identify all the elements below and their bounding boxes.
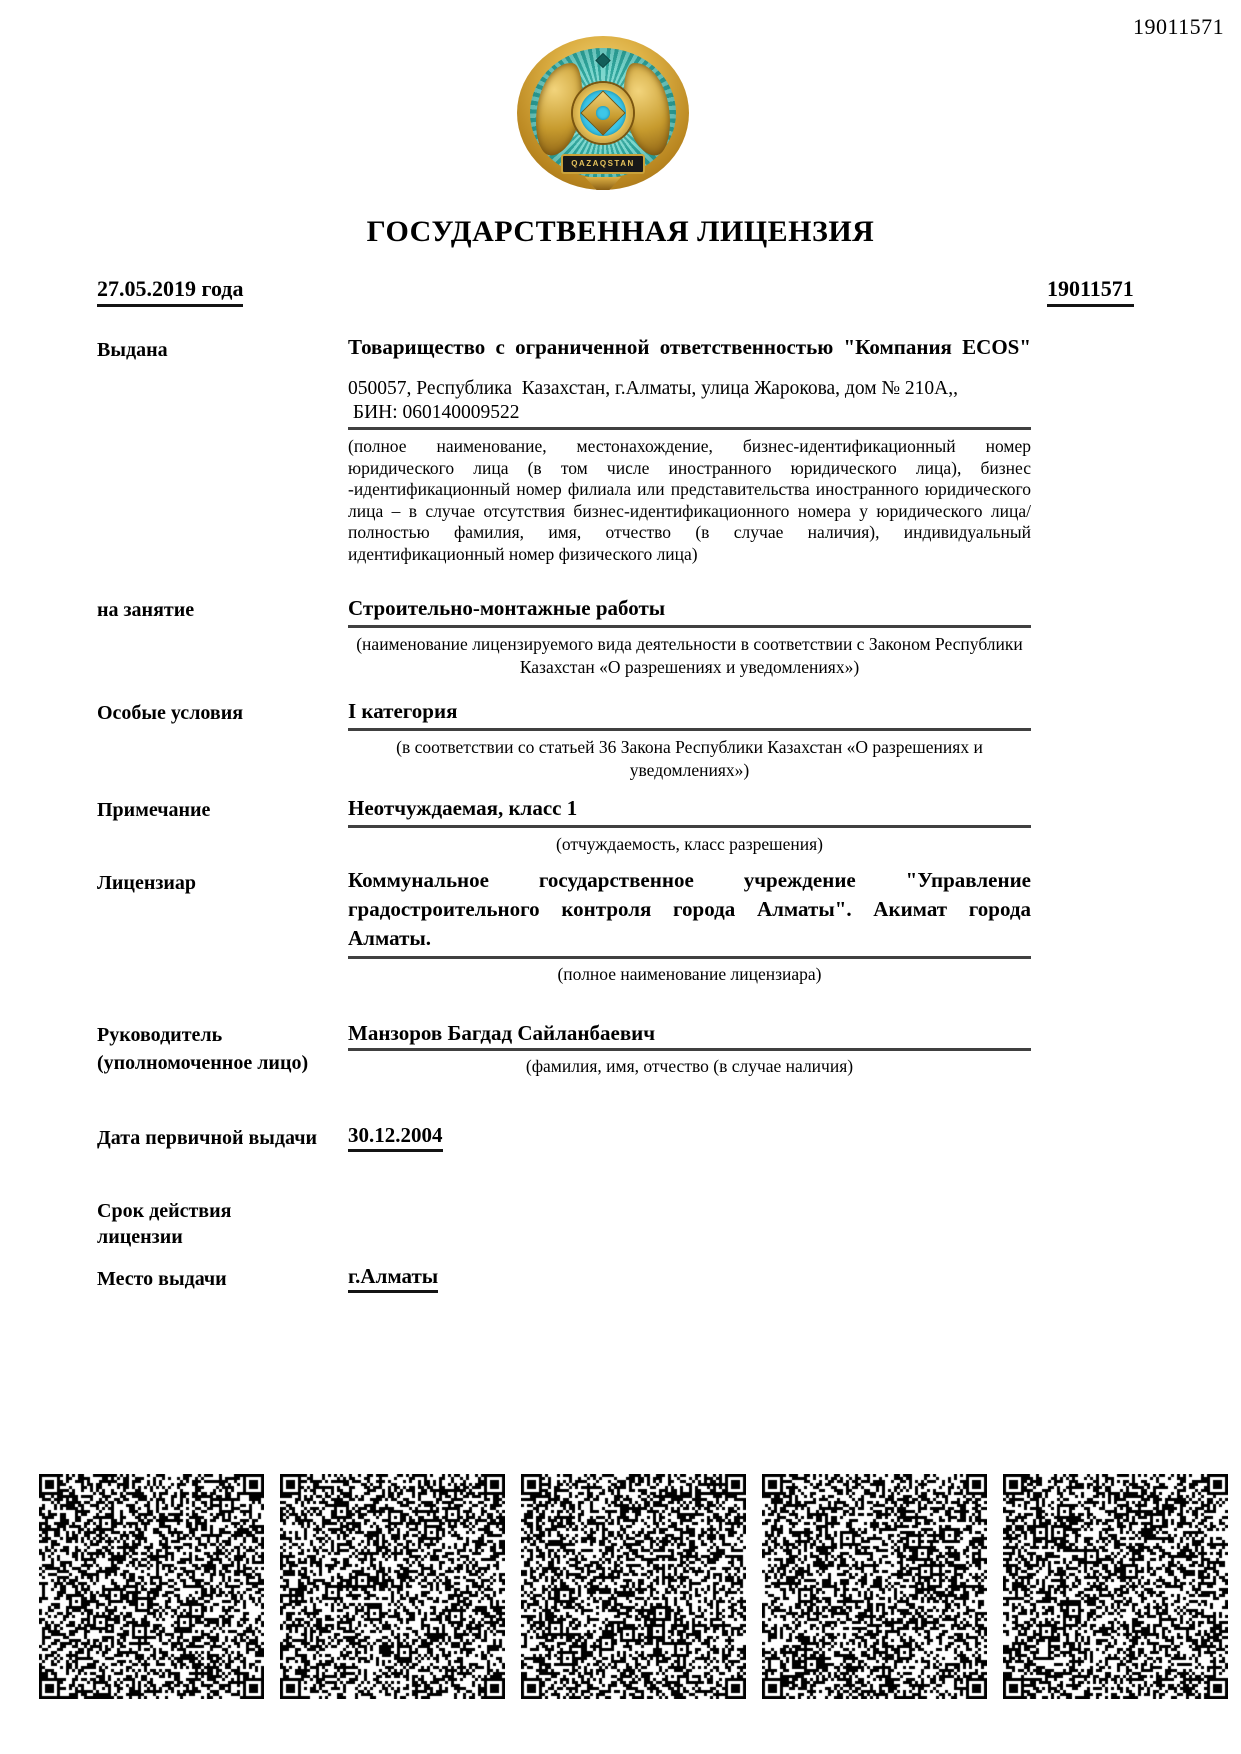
head-label-line2: (уполномоченное лицо): [97, 1050, 347, 1076]
activity-label: на занятие: [97, 597, 347, 623]
first-issue-value-wrap: 30.12.2004: [348, 1123, 1031, 1152]
rule-under-note: [348, 825, 1031, 828]
licensor-label: Лицензиар: [97, 870, 347, 896]
rule-under-licensee: [348, 427, 1031, 430]
activity-value: Строительно-монтажные работы: [348, 595, 1031, 621]
rule-under-head: [348, 1048, 1031, 1051]
note-caption: (отчуждаемость, класс разрешения): [348, 833, 1031, 856]
special-conditions-label: Особые условия: [97, 700, 347, 726]
issued-to-caption: (полное наименование, местонахождение, б…: [348, 436, 1031, 565]
first-issue-value: 30.12.2004: [348, 1123, 443, 1152]
licensee-name: Товарищество с ограниченной ответственно…: [348, 334, 1031, 360]
issue-place-value: г.Алматы: [348, 1264, 438, 1293]
emblem-banner-text: QAZAQSTAN: [571, 160, 635, 168]
rule-under-special-conditions: [348, 728, 1031, 731]
first-issue-label: Дата первичной выдачи: [97, 1125, 347, 1151]
rule-under-activity: [348, 625, 1031, 628]
special-conditions-value: I категория: [348, 698, 1031, 724]
validity-label: Срок действия лицензии: [97, 1198, 267, 1250]
emblem-shanyrak-center: [596, 106, 610, 120]
issue-place-label: Место выдачи: [97, 1266, 347, 1292]
activity-caption: (наименование лицензируемого вида деятел…: [348, 633, 1031, 679]
matrix-barcode-1: [39, 1474, 264, 1699]
head-caption: (фамилия, имя, отчество (в случае наличи…: [348, 1055, 1031, 1078]
licensee-address: 050057, Республика Казахстан, г.Алматы, …: [348, 377, 1031, 401]
special-conditions-caption: (в соответствии со статьей 36 Закона Рес…: [348, 736, 1031, 782]
issue-place-value-wrap: г.Алматы: [348, 1264, 1031, 1293]
matrix-barcode-2: [280, 1474, 505, 1699]
kazakhstan-coat-of-arms-icon: QAZAQSTAN: [517, 36, 689, 190]
note-value: Неотчуждаемая, класс 1: [348, 795, 1031, 821]
emblem-banner: QAZAQSTAN: [561, 154, 645, 174]
issued-to-label: Выдана: [97, 337, 347, 363]
license-number-top-right: 19011571: [1133, 14, 1224, 40]
state-license-document: 19011571 QAZAQSTAN ГОСУДАРСТВЕННАЯ ЛИЦЕН…: [0, 0, 1241, 1754]
issue-date: 27.05.2019 года: [97, 276, 243, 307]
head-label-line1: Руководитель: [97, 1022, 347, 1048]
document-title: ГОСУДАРСТВЕННАЯ ЛИЦЕНЗИЯ: [0, 215, 1241, 249]
issue-date-text: 27.05.2019 года: [97, 276, 243, 307]
note-label: Примечание: [97, 797, 347, 823]
licensee-bin: БИН: 060140009522: [348, 401, 1031, 425]
matrix-barcode-3: [521, 1474, 746, 1699]
licensor-caption: (полное наименование лицензиара): [348, 963, 1031, 986]
matrix-barcode-4: [762, 1474, 987, 1699]
license-number-text: 19011571: [1047, 276, 1134, 307]
head-value: Манзоров Багдад Сайланбаевич: [348, 1020, 1031, 1046]
licensor-value: Коммунальное государственное учреждение …: [348, 866, 1031, 953]
matrix-barcode-5: [1003, 1474, 1228, 1699]
license-number: 19011571: [1047, 276, 1134, 307]
rule-under-licensor: [348, 956, 1031, 959]
